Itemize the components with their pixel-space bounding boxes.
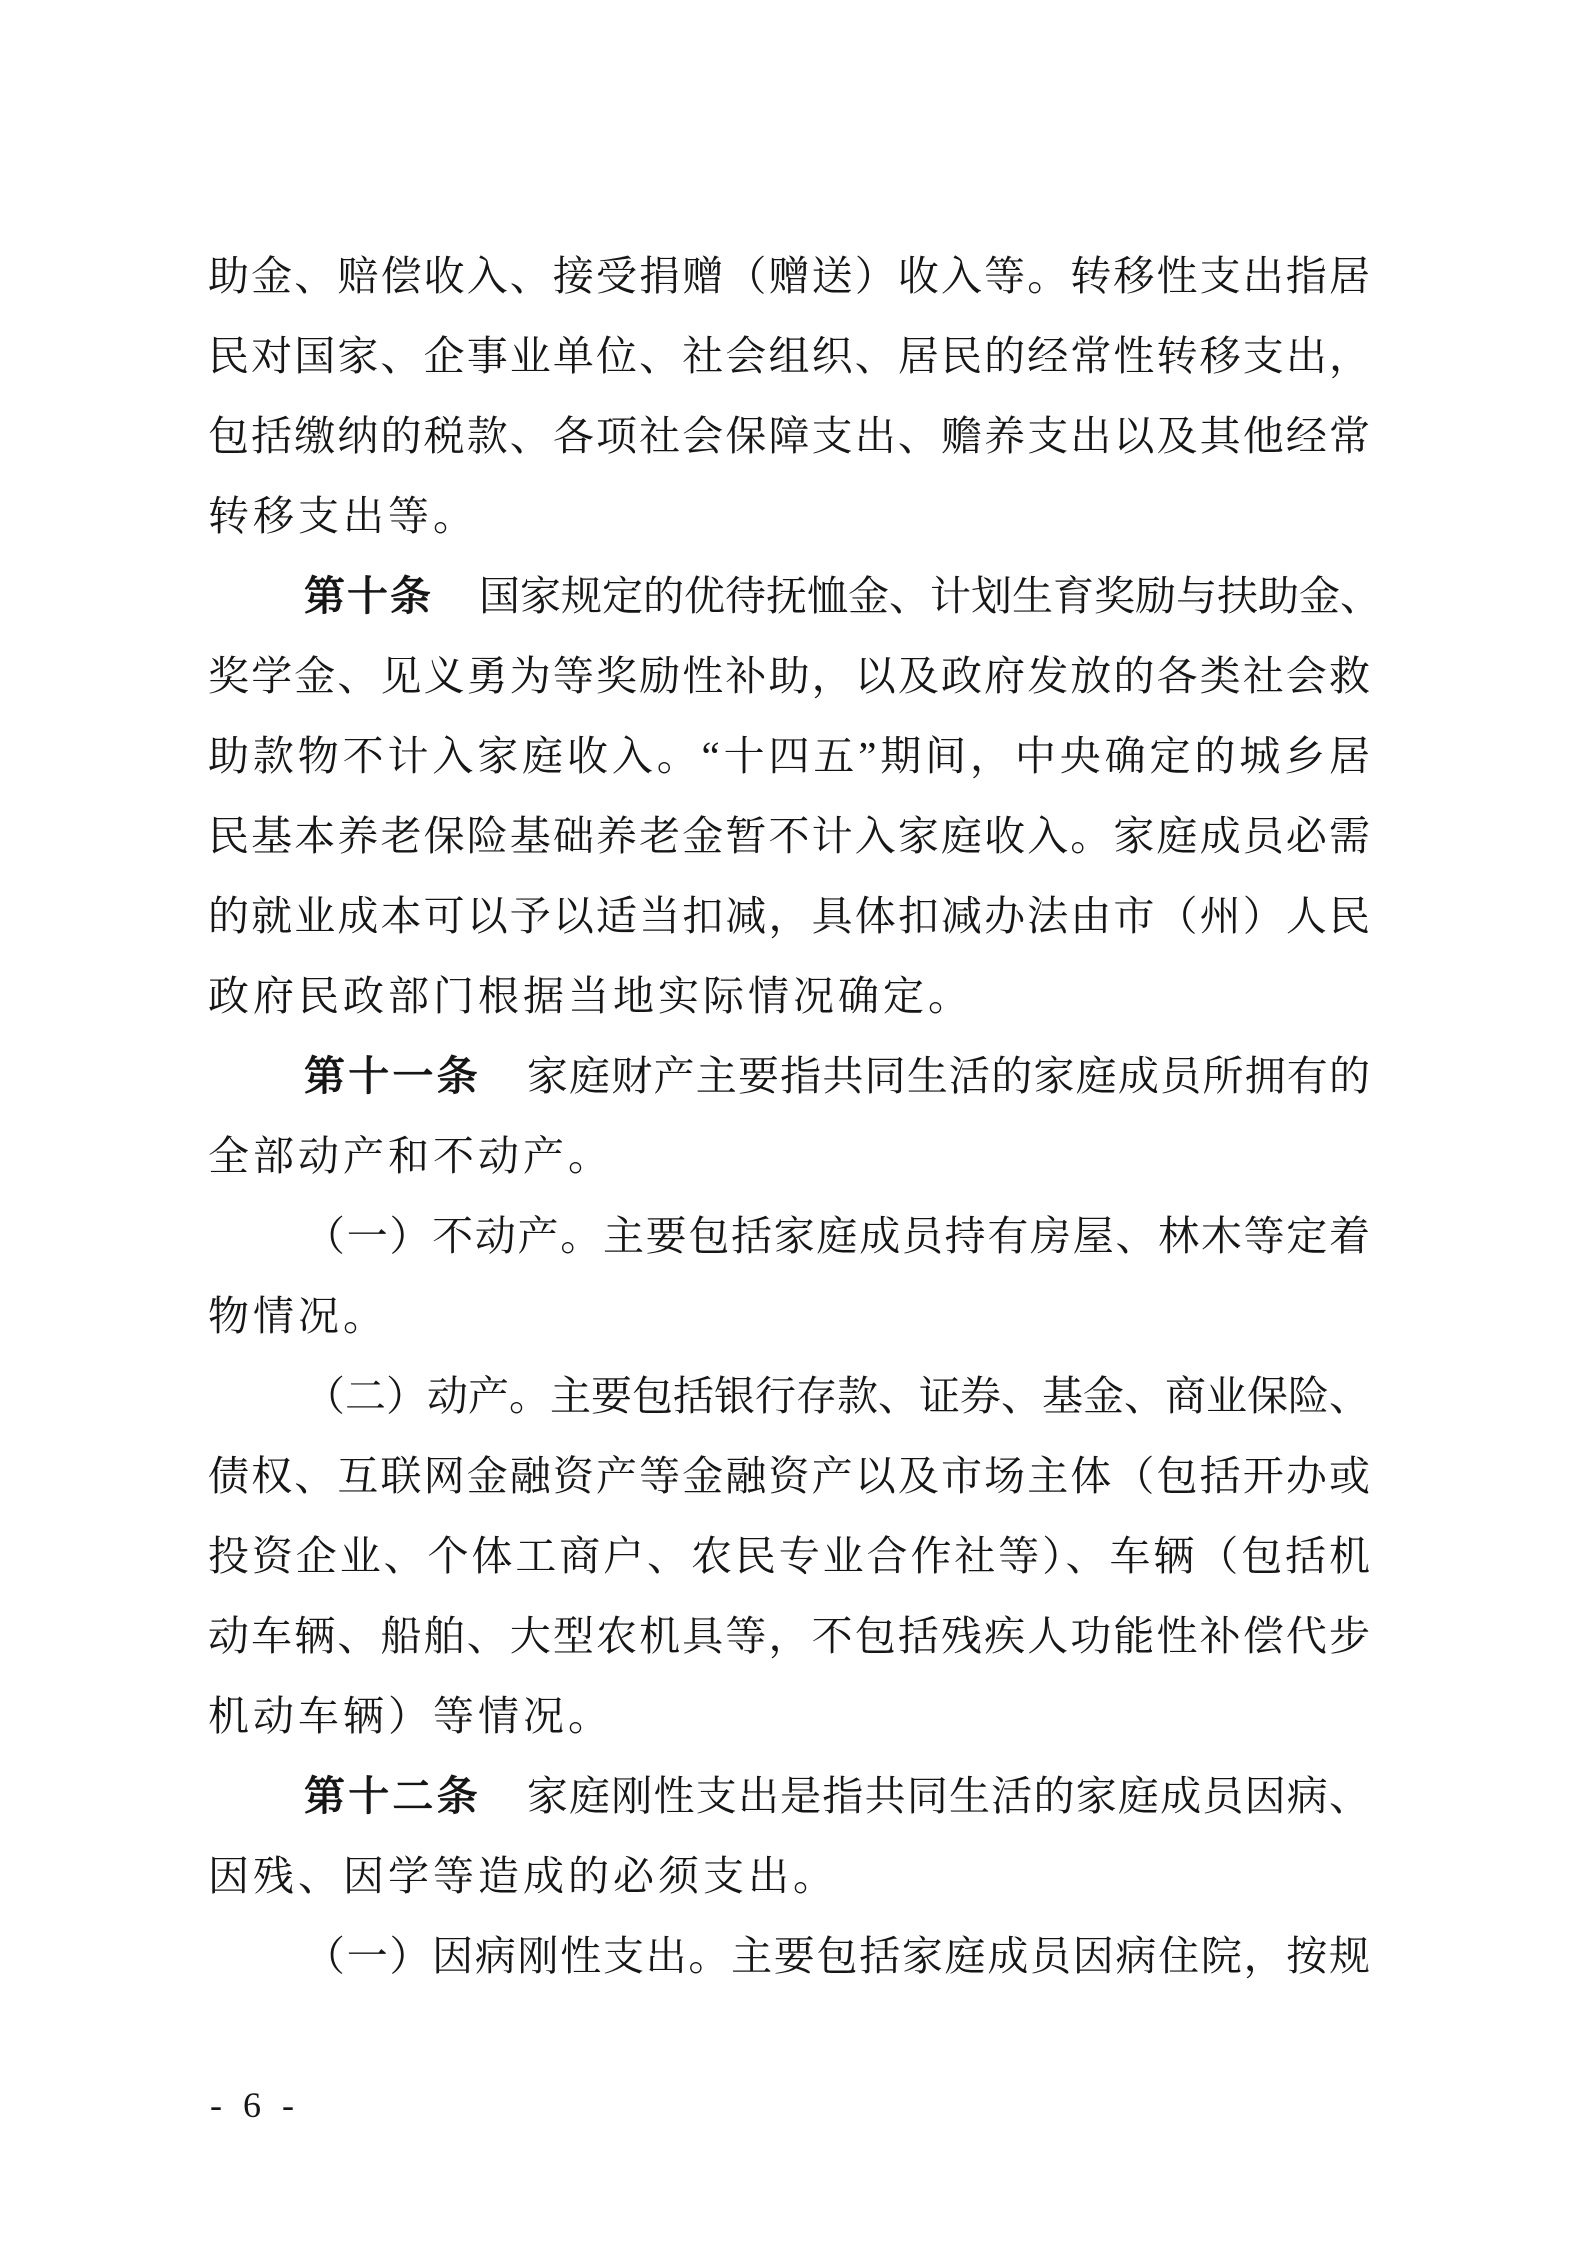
line-text: 投资企业、个体工商户、农民专业合作社等）、车辆（包括机: [208, 1533, 1370, 1579]
line-text: 助金、赔偿收入、接受捐赠（赠送）收入等。转移性支出指居: [208, 253, 1370, 299]
text-line: 助金、赔偿收入、接受捐赠（赠送）收入等。转移性支出指居: [208, 236, 1370, 316]
line-text: 的就业成本可以予以适当扣减，具体扣减办法由市（州）人民: [208, 893, 1370, 939]
line-text: 机动车辆）等情况。: [208, 1693, 613, 1739]
line-text: 民基本养老保险基础养老金暂不计入家庭收入。家庭成员必需: [208, 813, 1370, 859]
document-body: 助金、赔偿收入、接受捐赠（赠送）收入等。转移性支出指居民对国家、企事业单位、社会…: [0, 0, 1587, 2245]
text-line: 物情况。: [208, 1276, 1370, 1356]
text-line: 机动车辆）等情况。: [208, 1676, 1370, 1756]
text-line: 民对国家、企事业单位、社会组织、居民的经常性转移支出，: [208, 316, 1370, 396]
text-line: 包括缴纳的税款、各项社会保障支出、赡养支出以及其他经常: [208, 396, 1370, 476]
text-line: （一）因病刚性支出。主要包括家庭成员因病住院，按规: [304, 1916, 1370, 1996]
text-line: （一）不动产。主要包括家庭成员持有房屋、林木等定着: [304, 1196, 1370, 1276]
line-text: 因残、因学等造成的必须支出。: [208, 1853, 838, 1899]
line-text: 债权、互联网金融资产等金融资产以及市场主体（包括开办或: [208, 1453, 1370, 1499]
line-text: 动车辆、船舶、大型农机具等，不包括残疾人功能性补偿代步: [208, 1613, 1370, 1659]
text-line: 因残、因学等造成的必须支出。: [208, 1836, 1370, 1916]
line-text: 家庭财产主要指共同生活的家庭成员所拥有的: [527, 1053, 1370, 1099]
text-line: （二）动产。主要包括银行存款、证券、基金、商业保险、: [304, 1356, 1370, 1436]
text-line: 民基本养老保险基础养老金暂不计入家庭收入。家庭成员必需: [208, 796, 1370, 876]
line-text: 助款物不计入家庭收入。“十四五”期间，中央确定的城乡居: [208, 733, 1370, 779]
text-line: 债权、互联网金融资产等金融资产以及市场主体（包括开办或: [208, 1436, 1370, 1516]
line-text: 国家规定的优待抚恤金、计划生育奖励与扶助金、: [479, 573, 1381, 619]
text-line: 第十二条家庭刚性支出是指共同生活的家庭成员因病、: [304, 1756, 1370, 1836]
document-page: 助金、赔偿收入、接受捐赠（赠送）收入等。转移性支出指居民对国家、企事业单位、社会…: [0, 0, 1587, 2245]
page-number: - 6 -: [210, 2083, 300, 2127]
text-line: 全部动产和不动产。: [208, 1116, 1370, 1196]
line-text: （一）不动产。主要包括家庭成员持有房屋、林木等定着: [304, 1213, 1370, 1259]
line-text: 家庭刚性支出是指共同生活的家庭成员因病、: [527, 1773, 1370, 1819]
text-line: 奖学金、见义勇为等奖励性补助，以及政府发放的各类社会救: [208, 636, 1370, 716]
line-text: 包括缴纳的税款、各项社会保障支出、赡养支出以及其他经常: [208, 413, 1370, 459]
line-text: 民对国家、企事业单位、社会组织、居民的经常性转移支出，: [208, 333, 1370, 379]
article-number: 第十一条: [304, 1053, 481, 1099]
line-text: 全部动产和不动产。: [208, 1133, 613, 1179]
line-text: （二）动产。主要包括银行存款、证券、基金、商业保险、: [304, 1373, 1370, 1419]
article-number: 第十条: [304, 573, 433, 619]
text-line: 转移支出等。: [208, 476, 1370, 556]
line-text: 政府民政部门根据当地实际情况确定。: [208, 973, 973, 1019]
text-line: 助款物不计入家庭收入。“十四五”期间，中央确定的城乡居: [208, 716, 1370, 796]
text-line: 动车辆、船舶、大型农机具等，不包括残疾人功能性补偿代步: [208, 1596, 1370, 1676]
text-line: 的就业成本可以予以适当扣减，具体扣减办法由市（州）人民: [208, 876, 1370, 956]
text-line: 投资企业、个体工商户、农民专业合作社等）、车辆（包括机: [208, 1516, 1370, 1596]
line-text: 物情况。: [208, 1293, 388, 1339]
article-number: 第十二条: [304, 1773, 481, 1819]
text-line: 政府民政部门根据当地实际情况确定。: [208, 956, 1370, 1036]
line-text: （一）因病刚性支出。主要包括家庭成员因病住院，按规: [304, 1933, 1370, 1979]
text-line: 第十一条家庭财产主要指共同生活的家庭成员所拥有的: [304, 1036, 1370, 1116]
text-line: 第十条国家规定的优待抚恤金、计划生育奖励与扶助金、: [304, 556, 1370, 636]
line-text: 奖学金、见义勇为等奖励性补助，以及政府发放的各类社会救: [208, 653, 1370, 699]
line-text: 转移支出等。: [208, 493, 478, 539]
